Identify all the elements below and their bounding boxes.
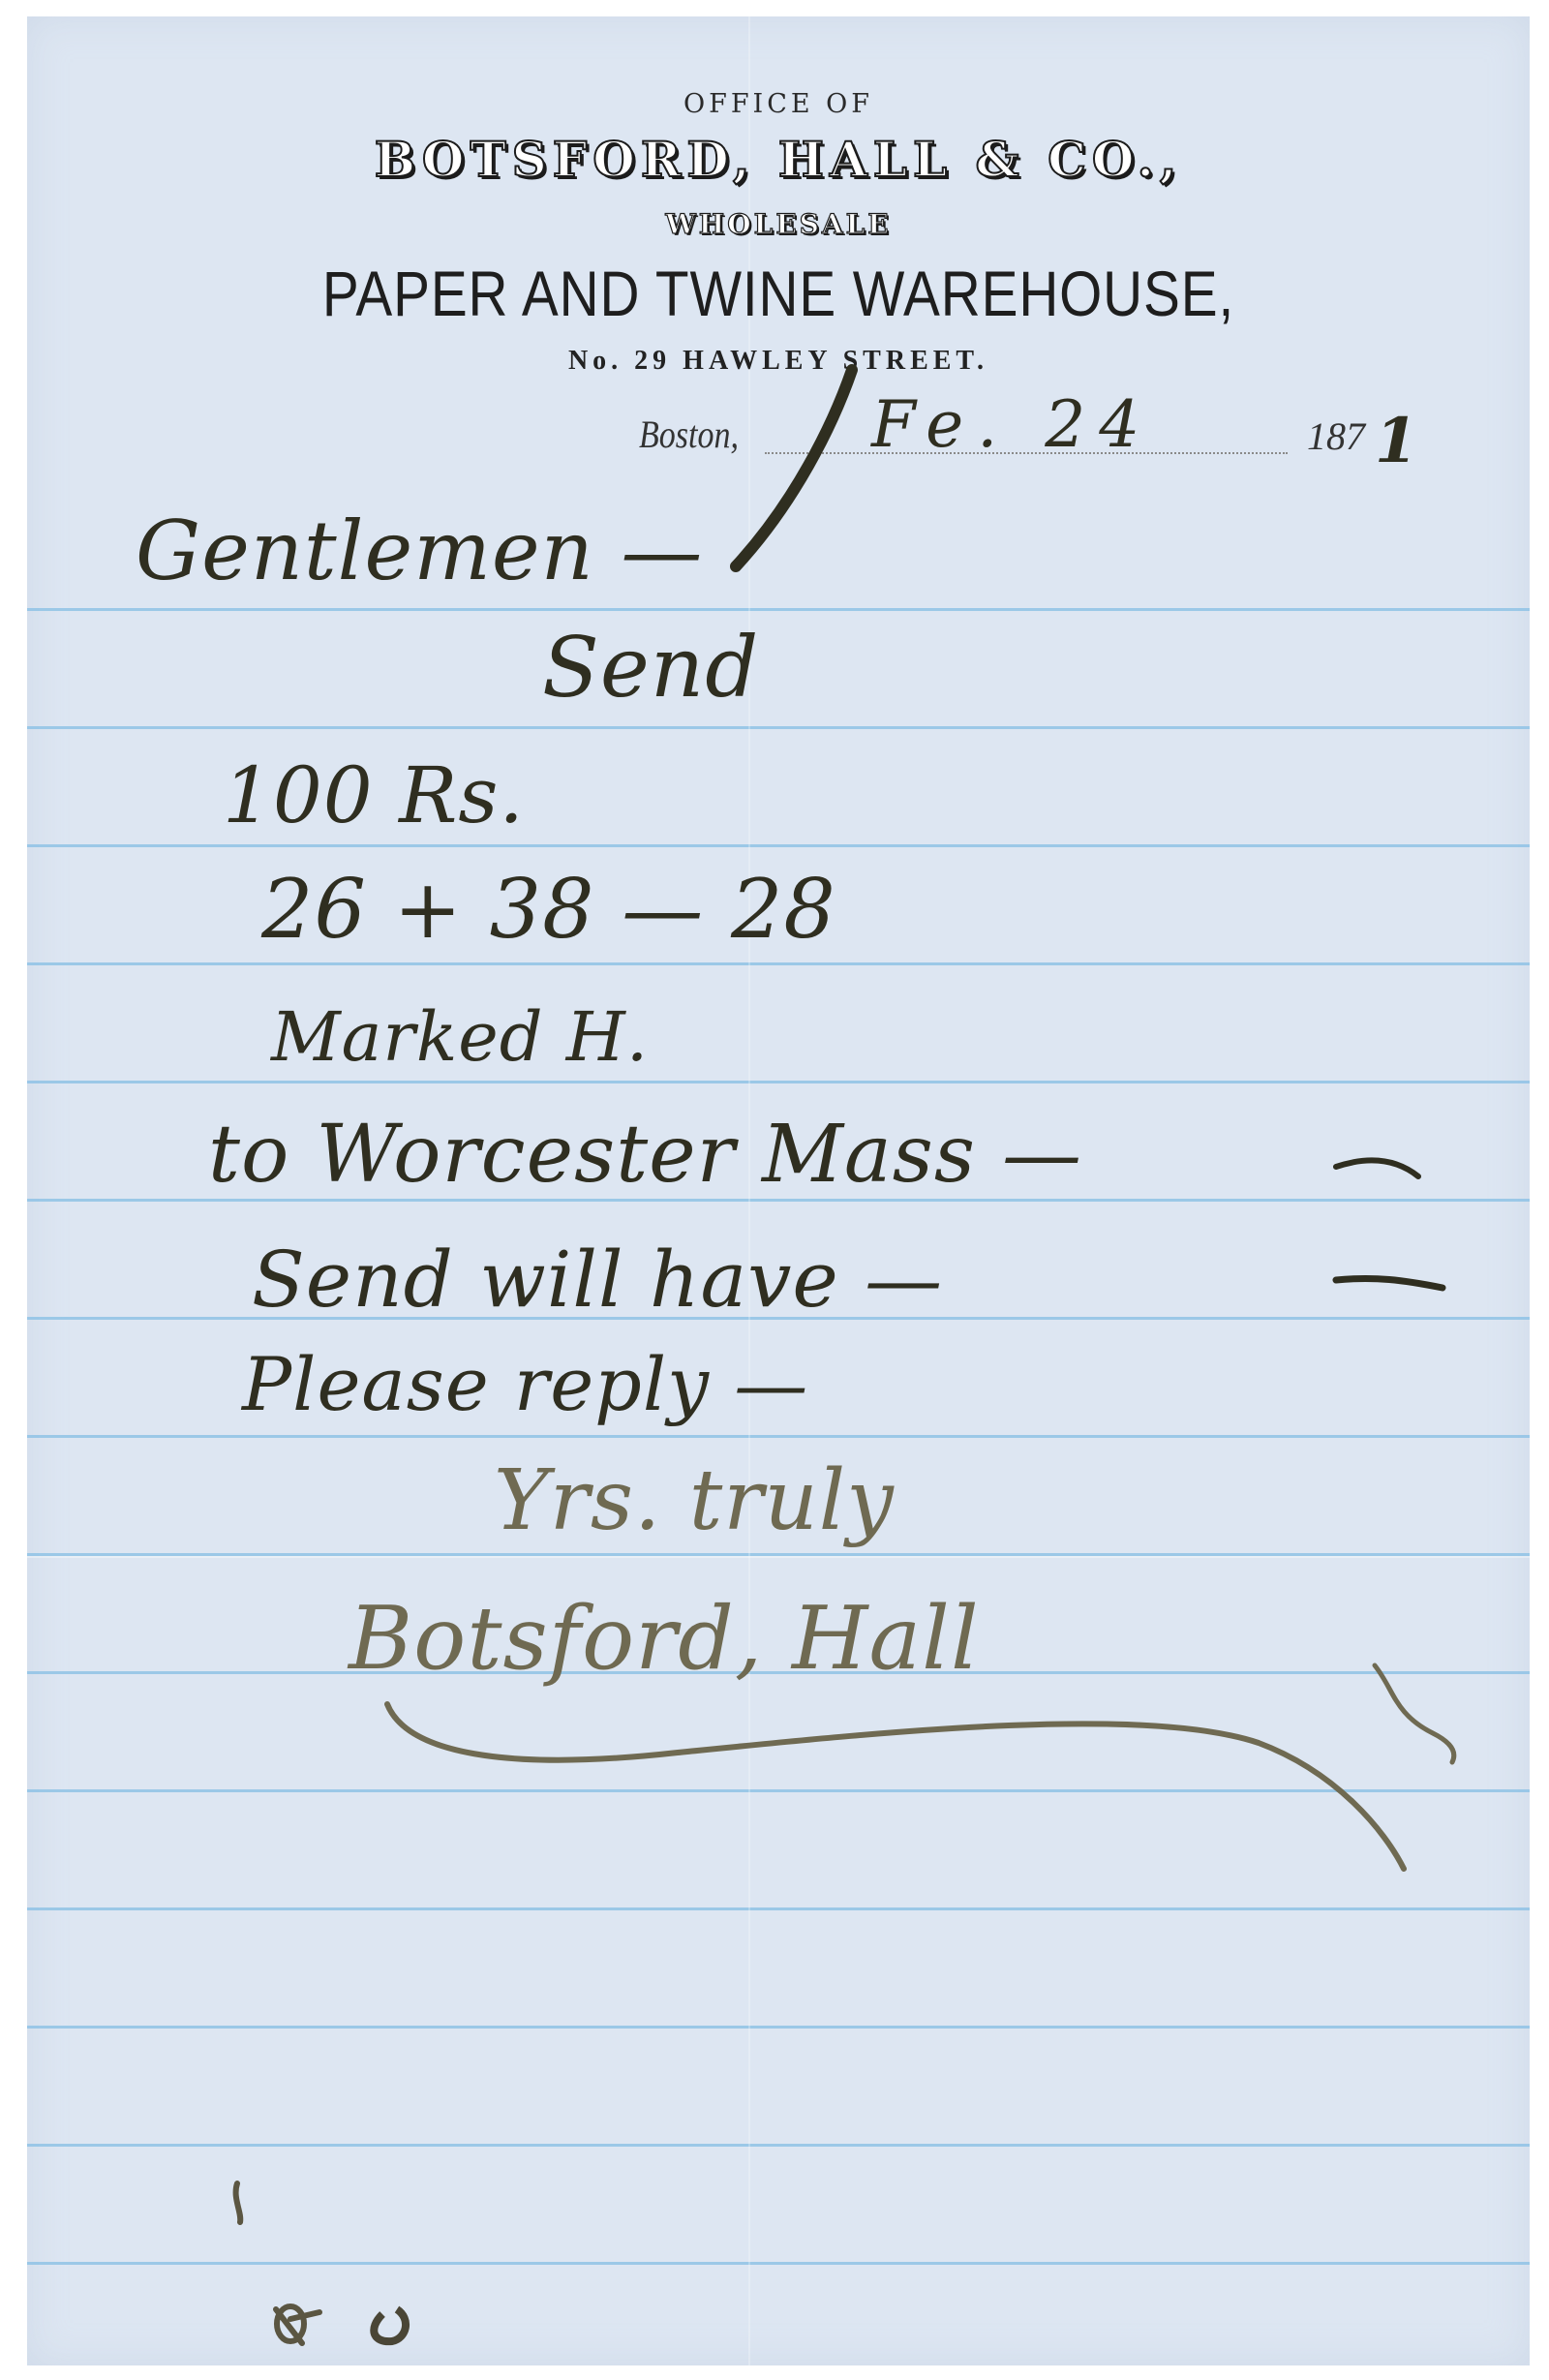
ruled-line [27, 1907, 1530, 1910]
letterhead-firm-name: BOTSFORD, HALL & CO., [27, 131, 1530, 188]
letterhead-business: PAPER AND TWINE WAREHOUSE, [133, 257, 1425, 330]
ruled-line [27, 608, 1530, 611]
letterhead-address: No. 29 HAWLEY STREET. [27, 346, 1530, 377]
ruled-line [27, 962, 1530, 965]
signature: Botsford, Hall [349, 1588, 980, 1690]
ruled-line [27, 2262, 1530, 2265]
letterhead-office-of: OFFICE OF [27, 89, 1530, 119]
ruled-line [27, 2144, 1530, 2147]
handwritten-date: Fe. 24 [871, 387, 1153, 462]
letterhead-wholesale: WHOLESALE [27, 208, 1530, 240]
ruled-line [27, 2026, 1530, 2029]
body-line: to Worcester Mass — [208, 1109, 1082, 1201]
body-line: Please reply — [242, 1341, 808, 1427]
body-line: Send [542, 620, 759, 717]
ruled-line [27, 1789, 1530, 1792]
body-line: 26 + 38 — 28 [261, 862, 836, 957]
ruled-line [27, 1081, 1530, 1083]
ruled-line [27, 726, 1530, 729]
body-line: Send will have — [252, 1235, 943, 1325]
body-line: Marked H. [271, 997, 649, 1077]
closing: Yrs. truly [494, 1452, 895, 1549]
ruled-line [27, 1435, 1530, 1438]
handwritten-year-digit: 1 [1375, 405, 1419, 477]
ruled-line [27, 844, 1530, 847]
salutation: Gentlemen — [136, 503, 703, 598]
printed-year: 187 [1307, 413, 1365, 459]
body-line: 100 Rs. [223, 750, 525, 840]
city-label: Boston, [639, 412, 739, 457]
fold-crease [27, 1556, 1530, 1558]
